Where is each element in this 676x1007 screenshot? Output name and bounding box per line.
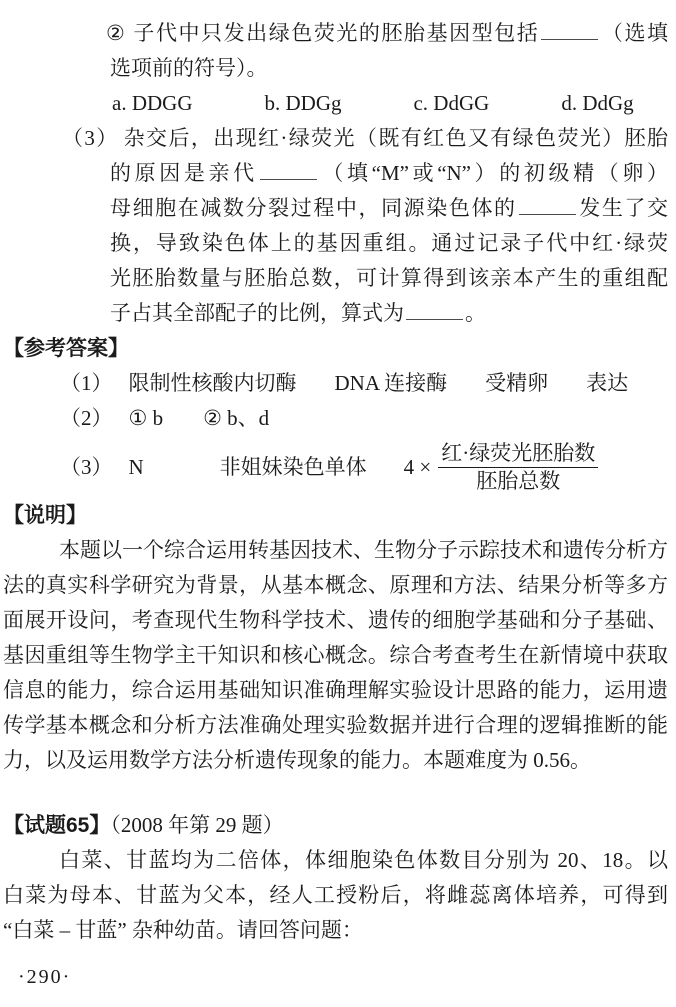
- question-65-line: 白菜、甘蓝均为二倍体，体细胞染色体数目分别为 20、18。以: [0, 843, 676, 878]
- explanation-heading: 【说明】: [0, 498, 676, 533]
- fill-in-blank: [260, 162, 317, 180]
- question-section: ②子代中只发出绿色荧光的胚胎基因型包括（选填 选项前的符号）。 a. DDGG …: [0, 16, 676, 331]
- question-3-line6-pre: 子占其全部配子的比例，算式为: [110, 301, 404, 325]
- explanation-line: 信息的能力，综合运用基础知识准确理解实验设计思路的能力，运用遗: [0, 673, 676, 708]
- circled-2-marker: ②: [106, 21, 126, 45]
- answer-fraction: 红·绿荧光胚胎数 胚胎总数: [438, 440, 598, 495]
- question-65-heading: 【试题65】（2008 年第 29 题）: [0, 808, 676, 843]
- answer-3-item: 非姐妹染色单体: [220, 450, 367, 485]
- answer-2-marker: （2）: [60, 406, 113, 430]
- question-65-source: （2008 年第 29 题）: [110, 813, 283, 837]
- question-sub2-text: 子代中只发出绿色荧光的胚胎基因型包括: [133, 21, 539, 45]
- fraction-numerator: 红·绿荧光胚胎数: [438, 440, 598, 468]
- question-3-line5: 光胚胎数量与胚胎总数，可计算得到该亲本产生的重组配: [0, 261, 676, 296]
- explanation-paragraph: 本题以一个综合运用转基因技术、生物分子示踪技术和遗传分析方 法的真实科学研究为背…: [0, 533, 676, 778]
- question-3-line3-pre: 母细胞在减数分裂过程中，同源染色体的: [110, 196, 517, 220]
- fill-in-blank: [406, 302, 463, 320]
- fill-in-blank: [541, 22, 598, 40]
- answer-1-item: 表达: [586, 371, 628, 395]
- question-65-line: “白菜 – 甘蓝” 杂种幼苗。请回答问题：: [0, 913, 676, 948]
- option-a: a. DDGG: [112, 86, 192, 121]
- options-row: a. DDGG b. DDGg c. DdGG d. DdGg: [0, 86, 676, 121]
- answer-row-3: （3） N 非姐妹染色单体 4 × 红·绿荧光胚胎数 胚胎总数: [0, 436, 676, 498]
- fill-in-blank: [519, 197, 576, 215]
- question-65-line: 白菜为母本、甘蓝为父本，经人工授粉后，将雌蕊离体培养，可得到: [0, 878, 676, 913]
- answer-1-item: 受精卵: [485, 371, 548, 395]
- answer-1-item: 限制性核酸内切酶: [129, 371, 297, 395]
- fraction-factor: 4 ×: [404, 450, 432, 485]
- answer-3-marker: （3）: [60, 450, 113, 485]
- question-3-marker: （3）: [62, 126, 119, 150]
- question-3-line6-post: 。: [465, 301, 486, 325]
- answer-3-item: N: [129, 450, 144, 485]
- fraction-denominator: 胚胎总数: [473, 468, 563, 495]
- answer-1-marker: （1）: [60, 371, 113, 395]
- question-65-intro: 白菜、甘蓝均为二倍体，体细胞染色体数目分别为 20、18。以 白菜为母本、甘蓝为…: [0, 843, 676, 948]
- question-sub2-line2: 选项前的符号）。: [0, 51, 676, 86]
- question-3-line4: 换，导致染色体上的基因重组。通过记录子代中红·绿荧: [0, 226, 676, 261]
- explanation-line: 力，以及运用数学方法分析遗传现象的能力。本题难度为 0.56。: [0, 743, 676, 778]
- explanation-line: 面展开设问，考查现代生物科学技术、遗传的细胞学基础和分子基础、: [0, 603, 676, 638]
- document-page: ②子代中只发出绿色荧光的胚胎基因型包括（选填 选项前的符号）。 a. DDGG …: [0, 0, 676, 1007]
- answer-2-item: ② b、d: [203, 406, 269, 430]
- option-d: d. DdGg: [561, 86, 633, 121]
- answer-1-item: DNA 连接酶: [335, 371, 448, 395]
- option-b: b. DDGg: [264, 86, 341, 121]
- question-3-line6: 子占其全部配子的比例，算式为。: [0, 296, 676, 331]
- explanation-line: 本题以一个综合运用转基因技术、生物分子示踪技术和遗传分析方: [0, 533, 676, 568]
- answer-2-item: ① b: [129, 406, 164, 430]
- explanation-line: 法的真实科学研究为背景，从基本概念、原理和方法、结果分析等多方: [0, 568, 676, 603]
- explanation-line: 传学基本概念和分析方法准确处理实验数据并进行合理的逻辑推断的能: [0, 708, 676, 743]
- question-sub2-line1: ②子代中只发出绿色荧光的胚胎基因型包括（选填: [0, 16, 676, 51]
- question-3-line1: （3）杂交后，出现红·绿荧光（既有红色又有绿色荧光）胚胎: [0, 121, 676, 156]
- reference-answer-heading: 【参考答案】: [0, 331, 676, 366]
- question-3-line2: 的原因是亲代（填“M”或“N”）的初级精（卵）: [0, 156, 676, 191]
- answer-row-1: （1）限制性核酸内切酶DNA 连接酶受精卵表达: [0, 366, 676, 401]
- page-number: ·290·: [0, 960, 676, 995]
- option-c: c. DdGG: [413, 86, 489, 121]
- question-3-line2-post: （填“M”或“N”）的初级精（卵）: [319, 161, 668, 185]
- answer-row-2: （2）① b② b、d: [0, 401, 676, 436]
- question-3-line2-pre: 的原因是亲代: [110, 161, 258, 185]
- question-3-line3: 母细胞在减数分裂过程中，同源染色体的发生了交: [0, 191, 676, 226]
- question-sub2-suffix: （选填: [600, 21, 668, 45]
- question-3-text: 杂交后，出现红·绿荧光（既有红色又有绿色荧光）胚胎: [124, 126, 668, 150]
- explanation-line: 基因重组等生物学主干知识和核心概念。综合考查考生在新情境中获取: [0, 638, 676, 673]
- question-65-title: 【试题65】: [3, 814, 110, 837]
- question-3-line3-post: 发生了交: [578, 196, 668, 220]
